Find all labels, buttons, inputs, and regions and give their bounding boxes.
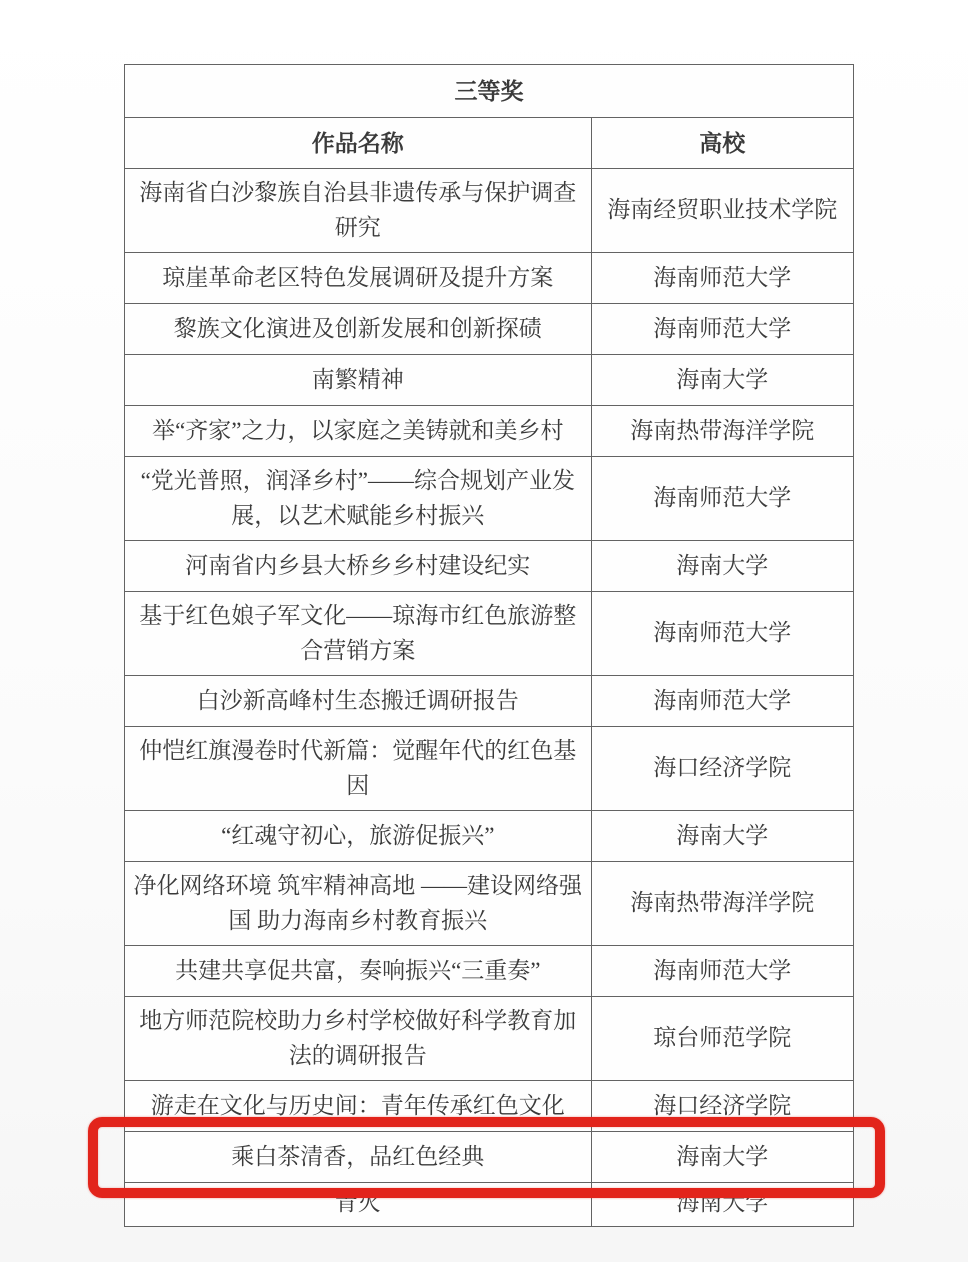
column-header-school: 高校	[591, 118, 853, 169]
work-title-cell: 举“齐家”之力，以家庭之美铸就和美乡村	[125, 406, 592, 457]
work-title-cell: 净化网络环境 筑牢精神高地 ——建设网络强国 助力海南乡村教育振兴	[125, 862, 592, 946]
school-cell: 海南大学	[591, 811, 853, 862]
column-header-work-title: 作品名称	[125, 118, 592, 169]
school-cell: 海口经济学院	[591, 727, 853, 811]
table-row: 乘白茶清香，品红色经典 海南大学	[125, 1132, 854, 1183]
table-row: 白沙新高峰村生态搬迁调研报告 海南师范大学	[125, 676, 854, 727]
column-header-row: 作品名称 高校	[125, 118, 854, 169]
work-title-cell: 乘白茶清香，品红色经典	[125, 1132, 592, 1183]
school-cell: 海南师范大学	[591, 676, 853, 727]
school-cell: 海南师范大学	[591, 304, 853, 355]
table-row: 仲恺红旗漫卷时代新篇：觉醒年代的红色基因 海口经济学院	[125, 727, 854, 811]
table-body: 海南省白沙黎族自治县非遗传承与保护调查研究 海南经贸职业技术学院 琼崖革命老区特…	[125, 169, 854, 1227]
scanned-document-page: 三等奖 作品名称 高校 海南省白沙黎族自治县非遗传承与保护调查研究 海南经贸职业…	[0, 0, 968, 1262]
school-cell: 海南热带海洋学院	[591, 406, 853, 457]
table-row: 举“齐家”之力，以家庭之美铸就和美乡村 海南热带海洋学院	[125, 406, 854, 457]
table-row: 基于红色娘子军文化——琼海市红色旅游整合营销方案 海南师范大学	[125, 592, 854, 676]
table-row: 共建共享促共富，奏响振兴“三重奏” 海南师范大学	[125, 946, 854, 997]
table-row: “党光普照，润泽乡村”——综合规划产业发展，以艺术赋能乡村振兴 海南师范大学	[125, 457, 854, 541]
work-title-cell: 海南省白沙黎族自治县非遗传承与保护调查研究	[125, 169, 592, 253]
work-title-cell: “党光普照，润泽乡村”——综合规划产业发展，以艺术赋能乡村振兴	[125, 457, 592, 541]
school-cell: 琼台师范学院	[591, 997, 853, 1081]
table-row: 河南省内乡县大桥乡乡村建设纪实 海南大学	[125, 541, 854, 592]
table-row: 地方师范院校助力乡村学校做好科学教育加法的调研报告 琼台师范学院	[125, 997, 854, 1081]
school-cell: 海南大学	[591, 1132, 853, 1183]
work-title-cell: 地方师范院校助力乡村学校做好科学教育加法的调研报告	[125, 997, 592, 1081]
table-row: 黎族文化演进及创新发展和创新探碛 海南师范大学	[125, 304, 854, 355]
work-title-cell: “红魂守初心，旅游促振兴”	[125, 811, 592, 862]
work-title-cell: 琼崖革命老区特色发展调研及提升方案	[125, 253, 592, 304]
work-title-cell: 基于红色娘子军文化——琼海市红色旅游整合营销方案	[125, 592, 592, 676]
work-title-cell: 共建共享促共富，奏响振兴“三重奏”	[125, 946, 592, 997]
work-title-cell: 仲恺红旗漫卷时代新篇：觉醒年代的红色基因	[125, 727, 592, 811]
school-cell: 海南经贸职业技术学院	[591, 169, 853, 253]
work-title-cell: 河南省内乡县大桥乡乡村建设纪实	[125, 541, 592, 592]
school-cell: 海南大学	[591, 541, 853, 592]
table-row: 南繁精神 海南大学	[125, 355, 854, 406]
table-title: 三等奖	[125, 65, 854, 118]
award-table: 三等奖 作品名称 高校 海南省白沙黎族自治县非遗传承与保护调查研究 海南经贸职业…	[124, 64, 854, 1227]
work-title-cell: 黎族文化演进及创新发展和创新探碛	[125, 304, 592, 355]
table-title-row: 三等奖	[125, 65, 854, 118]
work-title-cell: 南繁精神	[125, 355, 592, 406]
school-cell: 海南师范大学	[591, 946, 853, 997]
table-row: 海南省白沙黎族自治县非遗传承与保护调查研究 海南经贸职业技术学院	[125, 169, 854, 253]
work-title-cell: 白沙新高峰村生态搬迁调研报告	[125, 676, 592, 727]
school-cell: 海南热带海洋学院	[591, 862, 853, 946]
table-row: 游走在文化与历史间：青年传承红色文化 海口经济学院	[125, 1081, 854, 1132]
table-row: 净化网络环境 筑牢精神高地 ——建设网络强国 助力海南乡村教育振兴 海南热带海洋…	[125, 862, 854, 946]
school-cell: 海南师范大学	[591, 253, 853, 304]
table-row: 青火 海南大学	[125, 1183, 854, 1227]
school-cell: 海口经济学院	[591, 1081, 853, 1132]
school-cell: 海南师范大学	[591, 457, 853, 541]
award-table-head: 三等奖 作品名称 高校	[125, 65, 854, 169]
work-title-cell: 游走在文化与历史间：青年传承红色文化	[125, 1081, 592, 1132]
work-title-cell: 青火	[125, 1183, 592, 1227]
school-cell: 海南大学	[591, 355, 853, 406]
table-row: 琼崖革命老区特色发展调研及提升方案 海南师范大学	[125, 253, 854, 304]
school-cell: 海南大学	[591, 1183, 853, 1227]
school-cell: 海南师范大学	[591, 592, 853, 676]
table-row: “红魂守初心，旅游促振兴” 海南大学	[125, 811, 854, 862]
